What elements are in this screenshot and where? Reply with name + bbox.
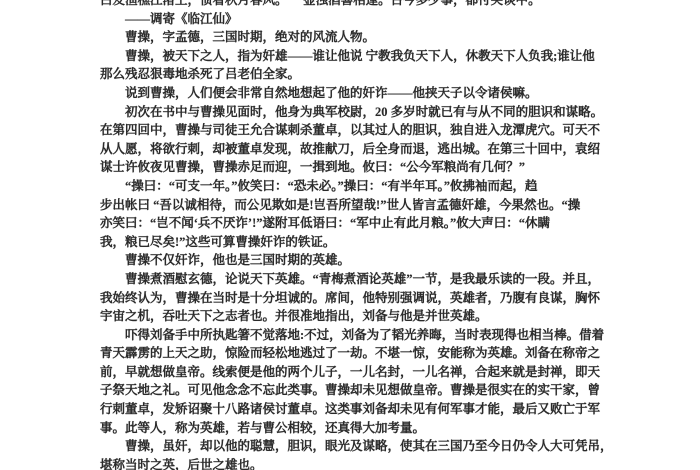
text-line: 吓得刘备手中所执匙箸不觉落地:不过，刘备为了韬光养晦，当时表现得也相当棒。借着 <box>100 326 612 345</box>
text-line: 曹操，字孟德，三国时期，绝对的风流人物。 <box>100 28 612 47</box>
text-line: 堪称当时之英，后世之雄也。 <box>100 456 612 470</box>
text-line: “操曰：“可支一年。”攸笑曰：“恐未必。”操曰：“有半年耳。”攸拂袖而起，趋 <box>100 177 612 196</box>
text-line: ——调寄《临江仙》 <box>100 10 612 29</box>
text-line: 在第四回中，曹操与司徒王允合谋刺杀董卓，以其过人的胆识，独自进入龙潭虎穴。可天不 <box>100 121 612 140</box>
text-line: 谋士许攸夜见曹操，曹操赤足而迎，一揖到地。攸曰：“公今军粮尚有几何？” <box>100 158 612 177</box>
text-line: 曹操煮酒慰玄德，论说天下英雄。“青梅煮酒论英雄”一节，是我最乐读的一段。并且， <box>100 270 612 289</box>
text-line: 子祭天地之礼。可见他念念不忘此类事。曹操却未见想做皇帝。曹操是很实在的实干家，曾 <box>100 381 612 400</box>
text-line: 初次在书中与曹操见面时，他身为典军校尉，20 多岁时就已有与从不同的胆识和谋略。 <box>100 103 612 122</box>
document-page: 白发渔樵江渚上，惯看秋月春风。 一壶浊酒喜相逢。古今多少事，都付笑谈中。——调寄… <box>0 0 700 470</box>
text-line: 前，早就想做皇帝。线索便是他的两个儿子，一儿名封，一儿名禅，合起来就是封禅，即天 <box>100 363 612 382</box>
document-body: 白发渔樵江渚上，惯看秋月春风。 一壶浊酒喜相逢。古今多少事，都付笑谈中。——调寄… <box>100 0 612 470</box>
text-line: 白发渔樵江渚上，惯看秋月春风。 一壶浊酒喜相逢。古今多少事，都付笑谈中。 <box>100 0 612 10</box>
text-line: 那么残忍狠毒地杀死了吕老伯全家。 <box>100 65 612 84</box>
text-line: 青天霹雳的上天之助，惊险而轻松地逃过了一劫。不堪一惊，安能称为英雄。刘备在称帝之 <box>100 344 612 363</box>
text-line: 说到曹操，人们便会非常自然地想起了他的奸诈——他挟天子以令诸侯嘛。 <box>100 84 612 103</box>
text-line: 宇宙之机，吞吐天下之志者也。并很准地指出，刘备与他是并世英雄。 <box>100 307 612 326</box>
text-line: 曹操不仅奸诈，他也是三国时期的英雄。 <box>100 251 612 270</box>
text-line: 曹操，虽奸，却以他的聪慧，胆识，眼光及谋略，使其在三国乃至今日仍令人大可凭吊， <box>100 437 612 456</box>
text-line: 事。此等人，称为英雄，若与曹公相较，还真得大加考量。 <box>100 419 612 438</box>
text-line: 曹操，被天下之人，指为奸雄——谁让他说 宁教我负天下人，休教天下人负我;谁让他 <box>100 47 612 66</box>
text-line: 从人愿，将欲行刺，却被董卓发现，故推献刀，后全身而退，逃出城。在第三十回中，袁绍 <box>100 140 612 159</box>
text-line: 我，粮已尽矣!”这些可算曹操奸诈的铁证。 <box>100 233 612 252</box>
text-line: 我始终认为，曹操在当时是十分坦诚的。席间，他特别强调说，英雄者，乃腹有良谋，胸怀 <box>100 289 612 308</box>
text-line: 亦笑曰：“岂不闻‘兵不厌诈’!”遂附耳低语曰：“军中止有此月粮。”攸大声曰：“休… <box>100 214 612 233</box>
text-line: 步出帐曰 “吾以诚相待，而公见欺如是!岂吾所望哉!”世人皆言孟德奸雄，今果然也。… <box>100 196 612 215</box>
text-line: 行刺董卓，发矫诏聚十八路诸侯讨董卓。这类事刘备却未见有何军事才能，最后又败亡于军 <box>100 400 612 419</box>
